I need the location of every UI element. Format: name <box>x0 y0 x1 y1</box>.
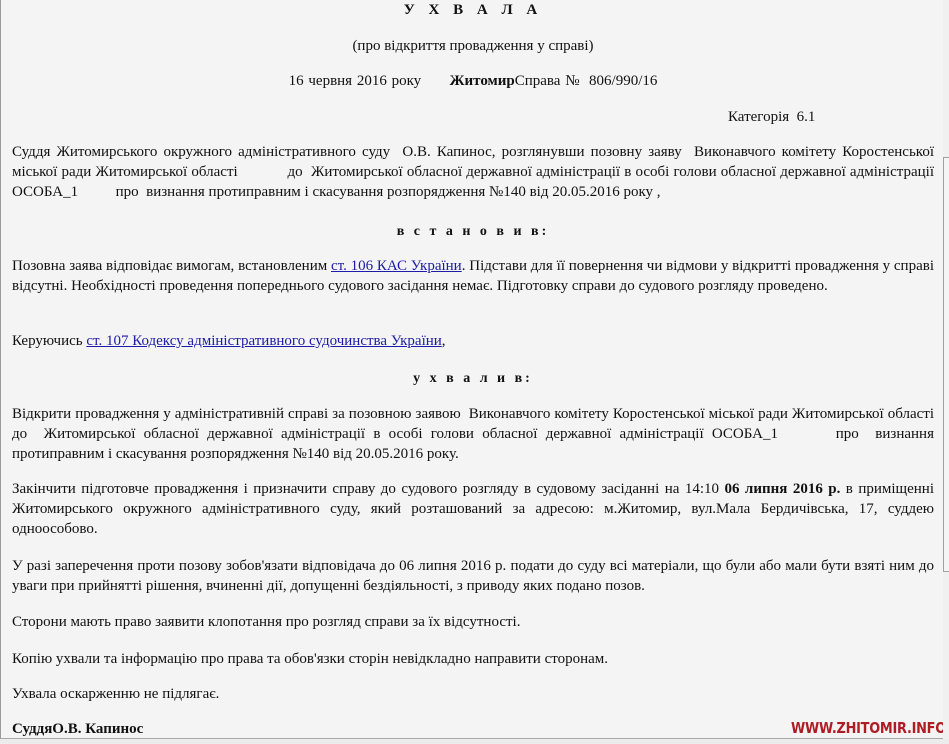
guided-text-after: , <box>442 333 446 349</box>
document-title: У Х В А Л А <box>12 0 934 20</box>
guided-paragraph: Керуючись ст. 107 Кодексу адміністративн… <box>12 331 934 351</box>
document-subtitle: (про відкриття провадження у справі) <box>12 36 934 56</box>
scrollbar-thumb[interactable] <box>943 157 949 572</box>
resolved-paragraph-3: У разі заперечення проти позову зобов'яз… <box>12 556 934 596</box>
hearing-date: 06 липня 2016 р. <box>724 481 840 497</box>
document-date: 16 червня 2016 року <box>289 73 422 89</box>
link-article-107[interactable]: ст. 107 Кодексу адміністративного судочи… <box>86 333 441 349</box>
dateline: 16 червня 2016 року ЖитомирСправа № 806/… <box>12 71 934 91</box>
site-watermark: WWW.ZHITOMIR.INFO <box>791 719 943 737</box>
link-article-106[interactable]: ст. 106 КАС України <box>331 258 462 274</box>
bottom-edge <box>0 739 949 744</box>
guided-text-before: Керуючись <box>12 333 86 349</box>
category-value: 6.1 <box>797 109 816 125</box>
case-label: Справа № <box>515 73 580 89</box>
established-text-before: Позовна заява відповідає вимогам, встано… <box>12 258 331 274</box>
intro-paragraph: Суддя Житомирського окружного адміністра… <box>12 142 934 202</box>
heading-established: в с т а н о в и в: <box>12 222 934 242</box>
resolved-paragraph-1: Відкрити провадження у адміністративній … <box>12 404 934 464</box>
hearing-text-before: Закінчити підготовче провадження і призн… <box>12 481 724 497</box>
established-paragraph: Позовна заява відповідає вимогам, встано… <box>12 256 934 296</box>
resolved-paragraph-4: Сторони мають право заявити клопотання п… <box>12 612 934 632</box>
resolved-paragraph-2: Закінчити підготовче провадження і призн… <box>12 479 934 539</box>
heading-resolved: у х в а л и в: <box>12 369 934 389</box>
document-viewport: У Х В А Л А (про відкриття провадження у… <box>0 0 943 739</box>
resolved-paragraph-6: Ухвала оскарженню не підлягає. <box>12 684 934 704</box>
category-label: Категорія <box>728 109 789 125</box>
resolved-paragraph-5: Копію ухвали та інформацію про права та … <box>12 649 934 669</box>
category: Категорія 6.1 <box>728 107 815 127</box>
document-city: Житомир <box>450 73 515 89</box>
judge-signature: СуддяО.В. Капинос <box>12 719 143 739</box>
case-number: 806/990/16 <box>589 73 657 89</box>
